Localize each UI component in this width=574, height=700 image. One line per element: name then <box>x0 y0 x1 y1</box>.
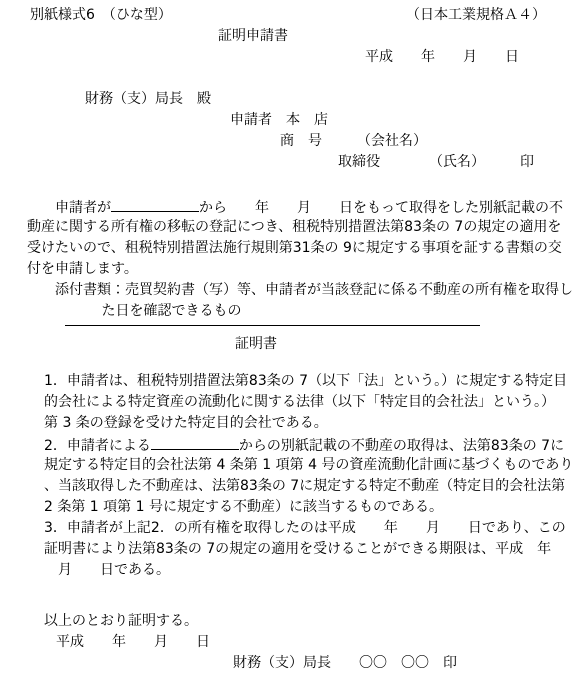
closing-date-line: 平成 年 月 日 <box>56 632 574 653</box>
body-line-1-pre: 申請者が <box>27 200 111 216</box>
addressee-line: 財務（支）局長 殿 <box>85 89 574 110</box>
cert-item3-line-1: 3．申請者が上記2．の所有権を取得したのは平成 年 月 日であり、この <box>44 518 574 539</box>
cert-item3-line-3: 月 日である。 <box>44 560 574 581</box>
applicant-trade-name-line: 商 号 （会社名） <box>280 131 574 152</box>
application-body: 申請者がから 年 月 日をもって取得をした別紙記載の不 動産に関する所有権の移転… <box>0 196 574 322</box>
application-date-line: 平成 年 月 日 <box>365 47 574 68</box>
certificate-title: 証明書 <box>235 334 574 355</box>
cert-item1-line-3: 第 3 条の登録を受けた特定目的会社である。 <box>44 413 574 434</box>
applicant-block: 申請者 本 店 商 号 （会社名） 取締役 （氏名） 印 <box>0 110 574 173</box>
fill-in-blank-transferor <box>151 434 239 450</box>
body-line-1: 申請者がから 年 月 日をもって取得をした別紙記載の不 <box>27 196 574 217</box>
form-style-note: 別紙様式6 （ひな型） <box>30 5 172 26</box>
body-line-1-post: から 年 月 日をもって取得をした別紙記載の不 <box>199 200 563 216</box>
cert-item2-line-2: 規定する特定目的会社法第 4 条第 1 項第 4 号の資産流動化計画に基づくもの… <box>44 455 574 476</box>
attachment-line-2: た日を確認できるもの <box>27 301 574 322</box>
application-title: 証明申請書 <box>218 26 574 47</box>
paper-size-note: （日本工業規格Ａ４） <box>406 5 546 26</box>
cert-item2-line-1: 2．申請者によるからの別紙記載の不動産の取得は、法第83条の 7に <box>44 434 574 455</box>
cert-item1-line-1: 1．申請者は、租税特別措置法第83条の 7（以下「法」という。）に規定する特定目 <box>44 371 574 392</box>
form-header: 別紙様式6 （ひな型） （日本工業規格Ａ４） <box>0 0 574 26</box>
cert-item2-line-3: 、当該取得した不動産は、法第83条の 7に規定する特定不動産（特定目的会社法第 <box>44 476 574 497</box>
cert-item3-line-2: 証明書により法第83条の 7の規定の適用を受けることができる期限は、平成 年 <box>44 539 574 560</box>
body-line-4: 付を申請します。 <box>27 259 574 280</box>
applicant-head-office-line: 申請者 本 店 <box>230 110 574 131</box>
cert-item2-line-1-post: からの別紙記載の不動産の取得は、法第83条の 7に <box>239 438 564 454</box>
attachment-line-1: 添付書類：売買契約書（写）等、申請者が当該登記に係る不動産の所有権を取得し <box>27 280 574 301</box>
cert-item2-line-4: 2 条第 1 項第 1 号に規定する不動産）に該当するものである。 <box>44 497 574 518</box>
cert-item2-line-1-pre: 2．申請者による <box>44 438 151 454</box>
certificate-body: 1．申請者は、租税特別措置法第83条の 7（以下「法」という。）に規定する特定目… <box>0 371 574 581</box>
body-line-2: 動産に関する所有権の移転の登記につき、租税特別措置法第83条の 7の規定の適用を <box>27 217 574 238</box>
applicant-director-seal-line: 取締役 （氏名） 印 <box>338 152 574 173</box>
body-line-3: 受けたいので、租税特別措置法施行規則第31条の 9に規定する事項を証する書類の交 <box>27 238 574 259</box>
cert-item1-line-2: 的会社による特定資産の流動化に関する法律（以下「特定目的会社法」という。） <box>44 392 574 413</box>
closing-statement: 以上のとおり証明する。 <box>44 611 574 632</box>
section-divider <box>65 325 480 326</box>
fill-in-blank-seller <box>111 196 199 212</box>
certifier-signature-line: 財務（支）局長 〇〇 〇〇 印 <box>233 653 574 674</box>
